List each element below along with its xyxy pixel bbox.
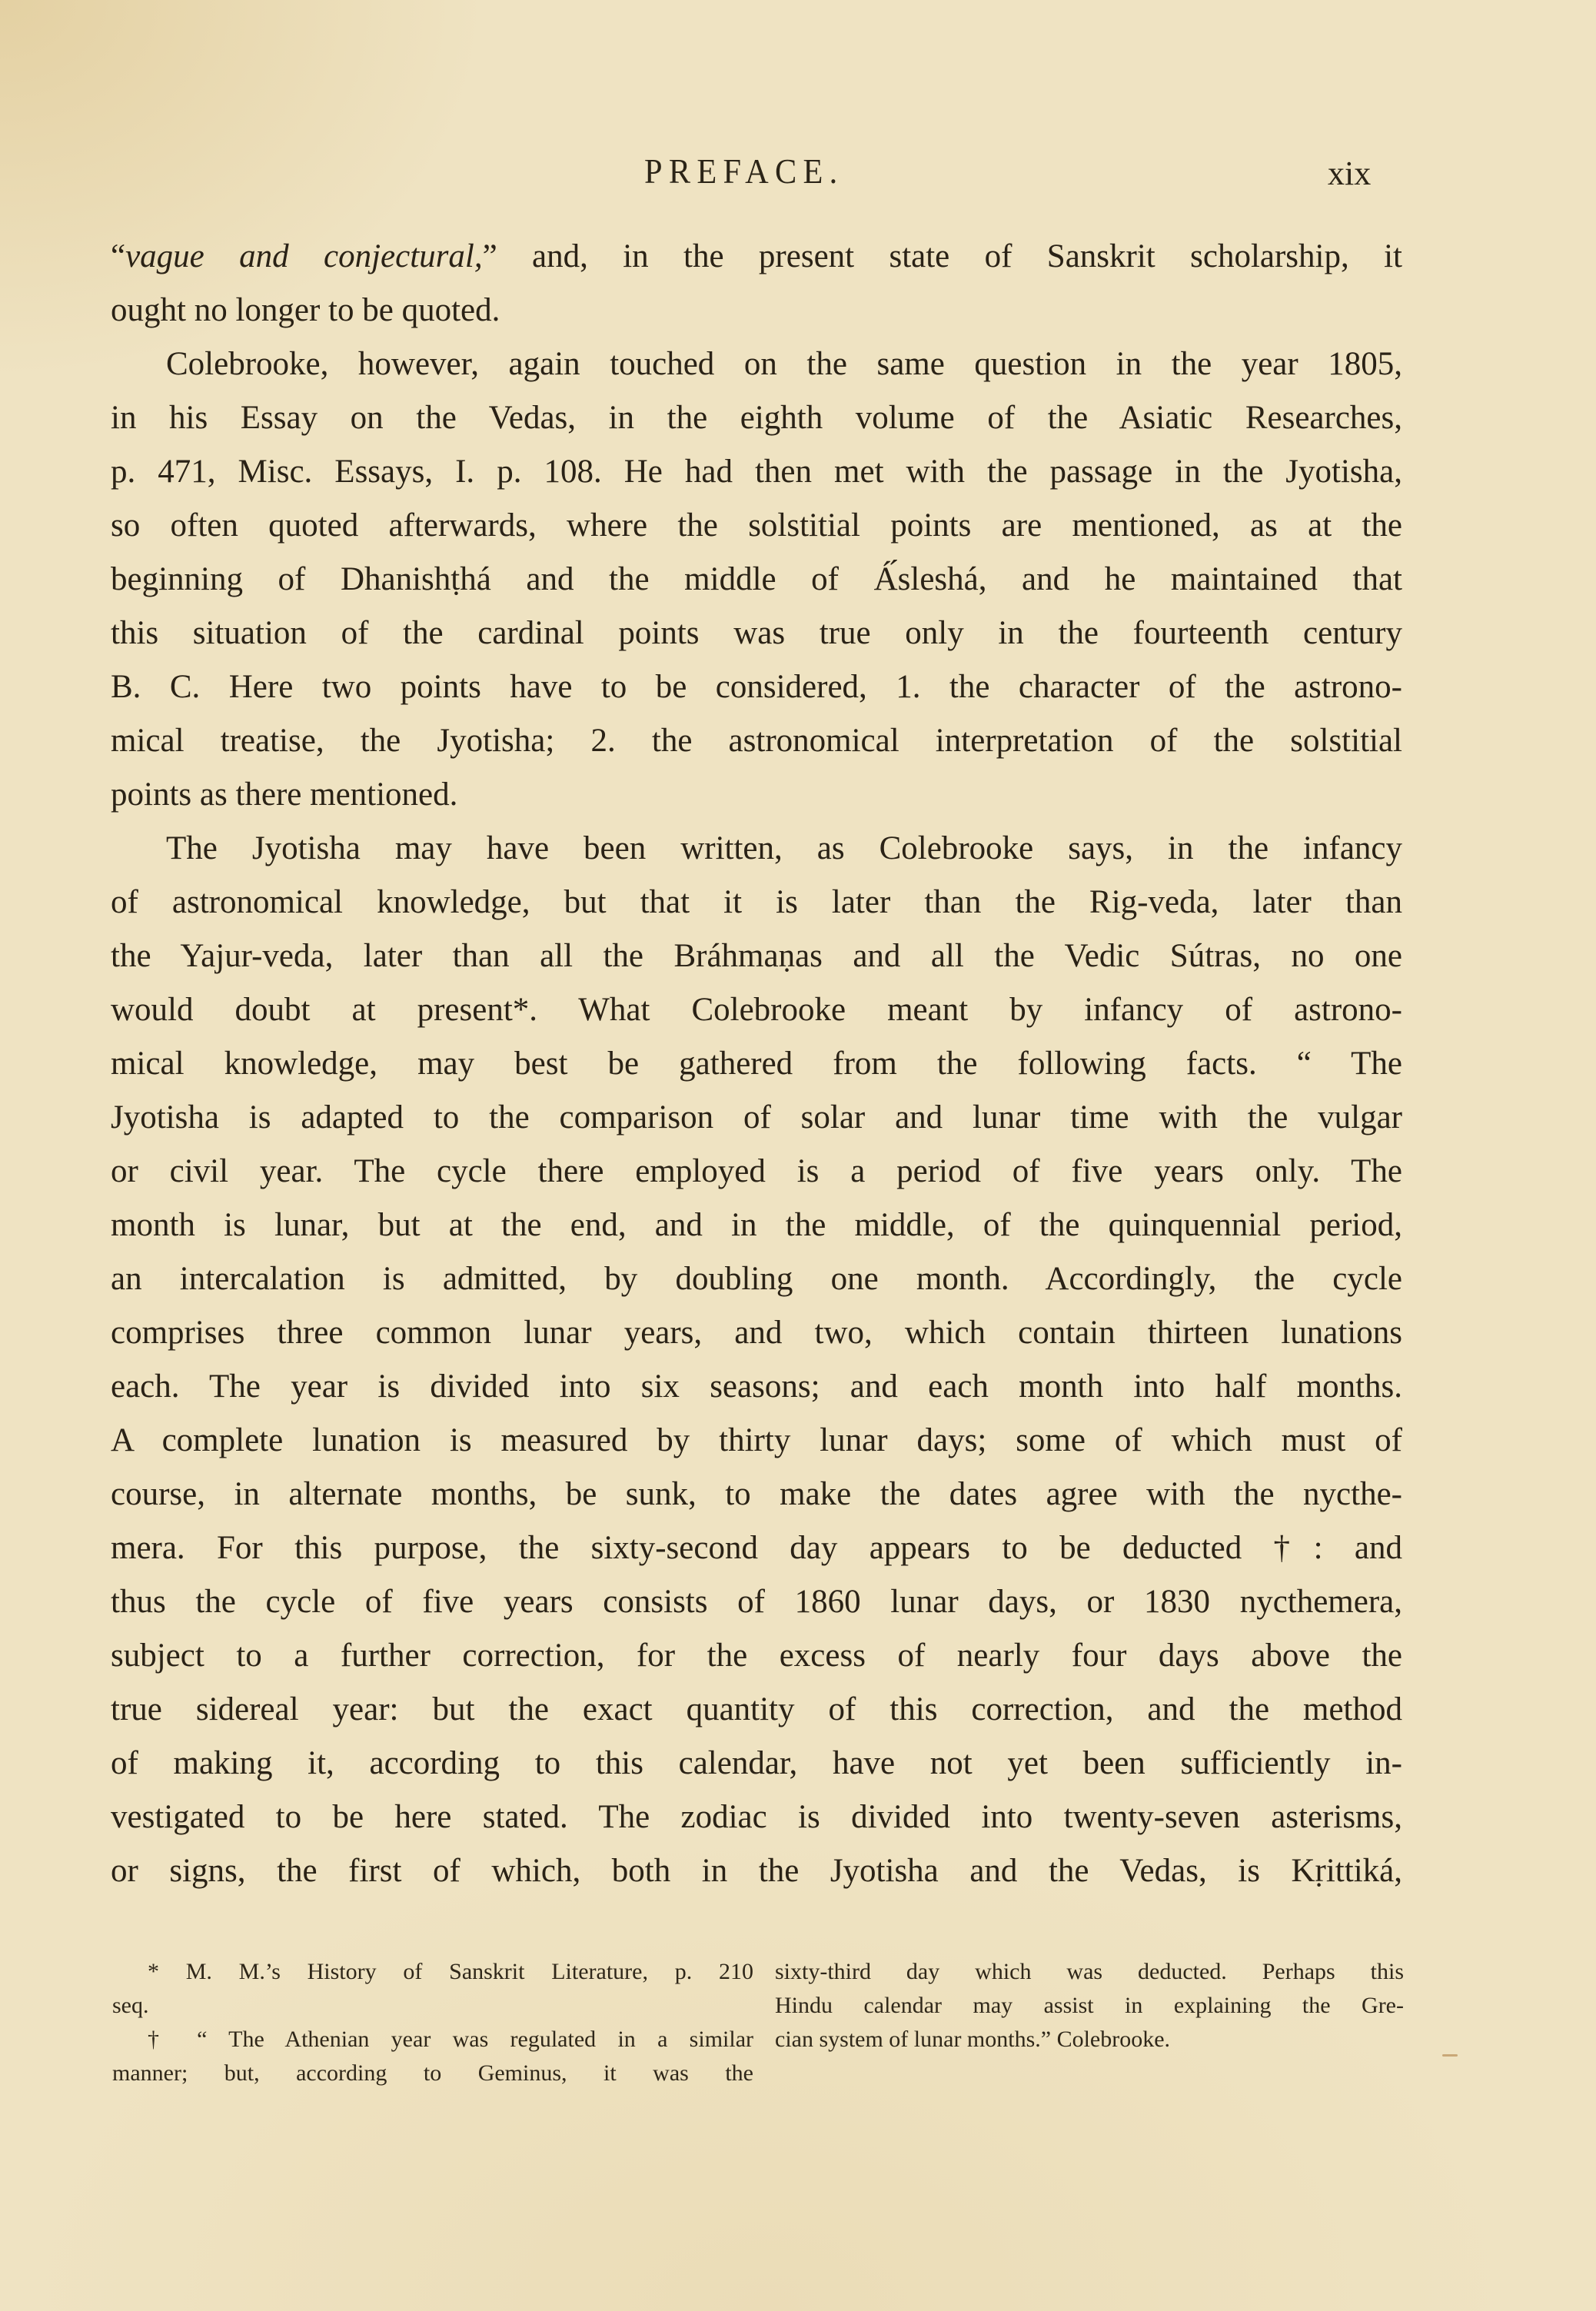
text-line: points as there mentioned. [111,772,1402,818]
text-line: thus the cycle of five years consists of… [111,1579,1402,1625]
text-line: comprises three common lunar years, and … [111,1310,1402,1356]
text-line: subject to a further correction, for the… [111,1633,1402,1679]
text-line: would doubt at present*. What Colebrooke… [111,987,1402,1033]
text-line: A complete lunation is measured by thirt… [111,1418,1402,1464]
text-line: “vague and conjectural,” and, in the pre… [111,234,1402,280]
paragraph-start-line: The Jyotisha may have been written, as C… [111,826,1402,872]
footnote-dagger: † “ The Athenian year was regulated in a… [148,2023,753,2057]
text-line: Jyotisha is adapted to the comparison of… [111,1095,1402,1141]
text-line: this situation of the cardinal points wa… [111,610,1402,657]
paper-blemish [1442,2054,1458,2057]
text-line: B. C. Here two points have to be conside… [111,664,1402,710]
text-line: mical knowledge, may best be gathered fr… [111,1041,1402,1087]
text-line: true sidereal year: but the exact quanti… [111,1687,1402,1733]
italic-quotation: vague and conjectural, [125,238,482,274]
text-line: the Yajur-veda, later than all the Bráhm… [111,933,1402,979]
book-page: PREFACE. xix “vague and conjectural,” an… [0,0,1596,2311]
text-line: mera. For this purpose, the sixty-second… [111,1525,1402,1571]
text-line: mical treatise, the Jyotisha; 2. the ast… [111,718,1402,764]
text-line: so often quoted afterwards, where the so… [111,503,1402,549]
footnote-line: manner; but, according to Geminus, it wa… [112,2057,753,2090]
footnote-line: Hindu calendar may assist in explaining … [775,1989,1404,2023]
text-line: an intercalation is admitted, by doublin… [111,1256,1402,1302]
text-line: of astronomical knowledge, but that it i… [111,880,1402,926]
text-line: ought no longer to be quoted. [111,288,1402,334]
text-line: course, in alternate months, be sunk, to… [111,1471,1402,1518]
paragraph-start-line: Colebrooke, however, again touched on th… [111,341,1402,387]
footnote-line: cian system of lunar months.” Colebrooke… [775,2023,1404,2057]
text-line: vestigated to be here stated. The zodiac… [111,1794,1402,1840]
text-line: p. 471, Misc. Essays, I. p. 108. He had … [111,449,1402,495]
text-line: or signs, the first of which, both in th… [111,1848,1402,1894]
text-line: beginning of Dhanishṭhá and the middle o… [111,557,1402,603]
text-line: of making it, according to this calendar… [111,1741,1402,1787]
footnote-line: sixty-third day which was deducted. Perh… [775,1955,1404,1989]
text-line: in his Essay on the Vedas, in the eighth… [111,395,1402,441]
text-run: ” and, in the present state of Sanskrit … [483,238,1402,274]
footnote-line: seq. [112,1989,753,2023]
text-line: or civil year. The cycle there employed … [111,1149,1402,1195]
text-line: month is lunar, but at the end, and in t… [111,1202,1402,1249]
page-number: xix [1328,154,1371,193]
text-line: each. The year is divided into six seaso… [111,1364,1402,1410]
footnote-asterisk: * M. M.’s History of Sanskrit Literature… [148,1955,753,1989]
open-quote: “ [111,238,125,274]
running-head: PREFACE. [644,151,843,191]
